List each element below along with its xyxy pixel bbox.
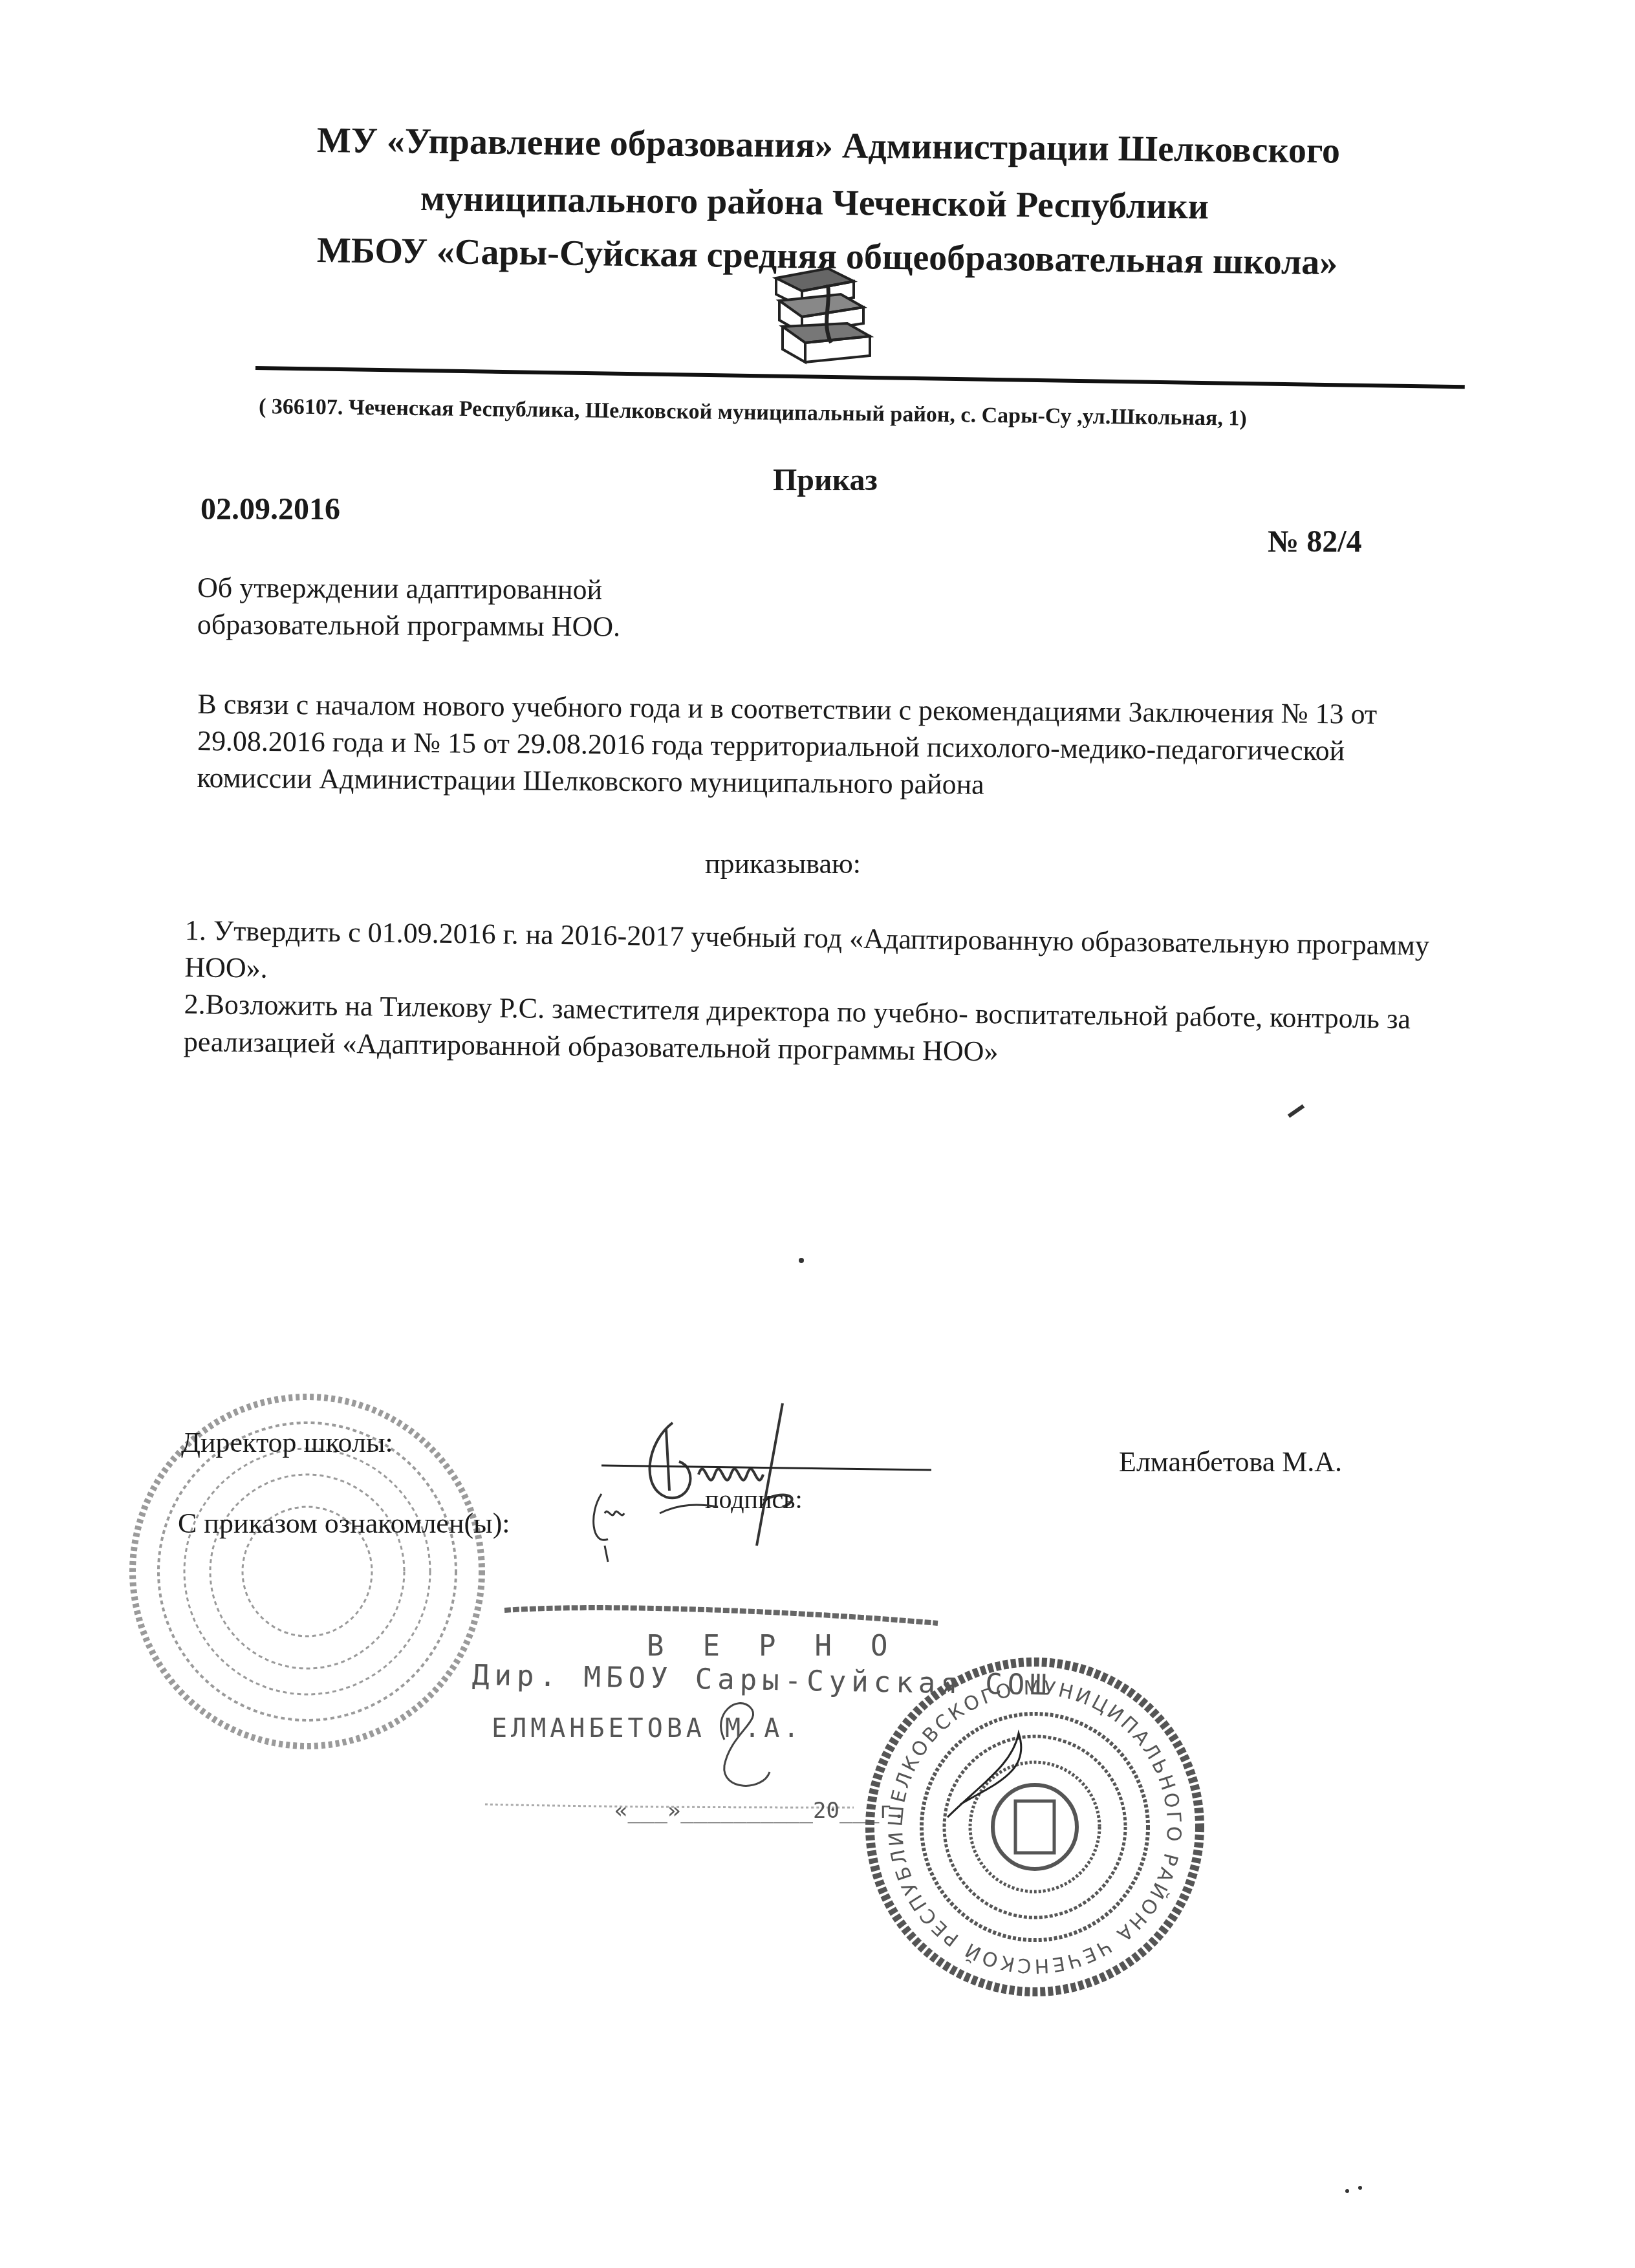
header-org-line2: муниципального района Чеченской Республи… <box>420 178 1209 228</box>
header-address: ( 366107. Чеченская Республика, Шелковск… <box>259 394 1247 431</box>
order-preamble: В связи с началом нового учебного года и… <box>197 686 1465 808</box>
acknowledgement-signature <box>582 1487 737 1565</box>
header-org-line1: МУ «Управление образования» Администраци… <box>317 120 1341 172</box>
stamp-name: ЕЛМАНБЕТОВА М.А. <box>492 1714 803 1744</box>
order-subject: Об утверждении адаптированной образовате… <box>197 569 621 645</box>
ink-speck <box>1345 2189 1349 2193</box>
director-label: Директор школы: <box>181 1426 393 1459</box>
order-subject-line2: образовательной программы НОО. <box>197 606 620 645</box>
order-subject-line1: Об утверждении адаптированной <box>197 569 620 609</box>
order-date: 02.09.2016 <box>200 491 340 527</box>
books-stack-icon <box>750 265 918 375</box>
acknowledged-label: С приказом ознакомлен(ы): <box>178 1507 510 1540</box>
seal-text: ШЕЛКОВСКОГО МУНИЦИПАЛЬНОГО РАЙОНА ЧЕЧЕНС… <box>863 1656 1185 1977</box>
ink-mark <box>1288 1105 1305 1118</box>
stamp-date-blank: «___»__________20___г. <box>614 1798 905 1824</box>
order-item: 2.Возложить на Тилекову Р.С. заместителя… <box>184 986 1478 1075</box>
svg-text:ШЕЛКОВСКОГО МУНИЦИПАЛЬНОГО РАЙ: ШЕЛКОВСКОГО МУНИЦИПАЛЬНОГО РАЙОНА ЧЕЧЕНС… <box>863 1656 1185 1977</box>
ink-speck <box>799 1258 804 1263</box>
director-name: Елманбетова М.А. <box>1119 1445 1342 1478</box>
ink-speck <box>1358 2186 1362 2190</box>
order-directive: приказываю: <box>705 847 861 880</box>
round-seal-icon: ШЕЛКОВСКОГО МУНИЦИПАЛЬНОГО РАЙОНА ЧЕЧЕНС… <box>863 1656 1206 1998</box>
order-title: Приказ <box>773 462 878 498</box>
order-items: 1. Утвердить с 01.09.2016 г. на 2016-201… <box>184 912 1479 1075</box>
order-number: № 82/4 <box>1268 524 1362 559</box>
